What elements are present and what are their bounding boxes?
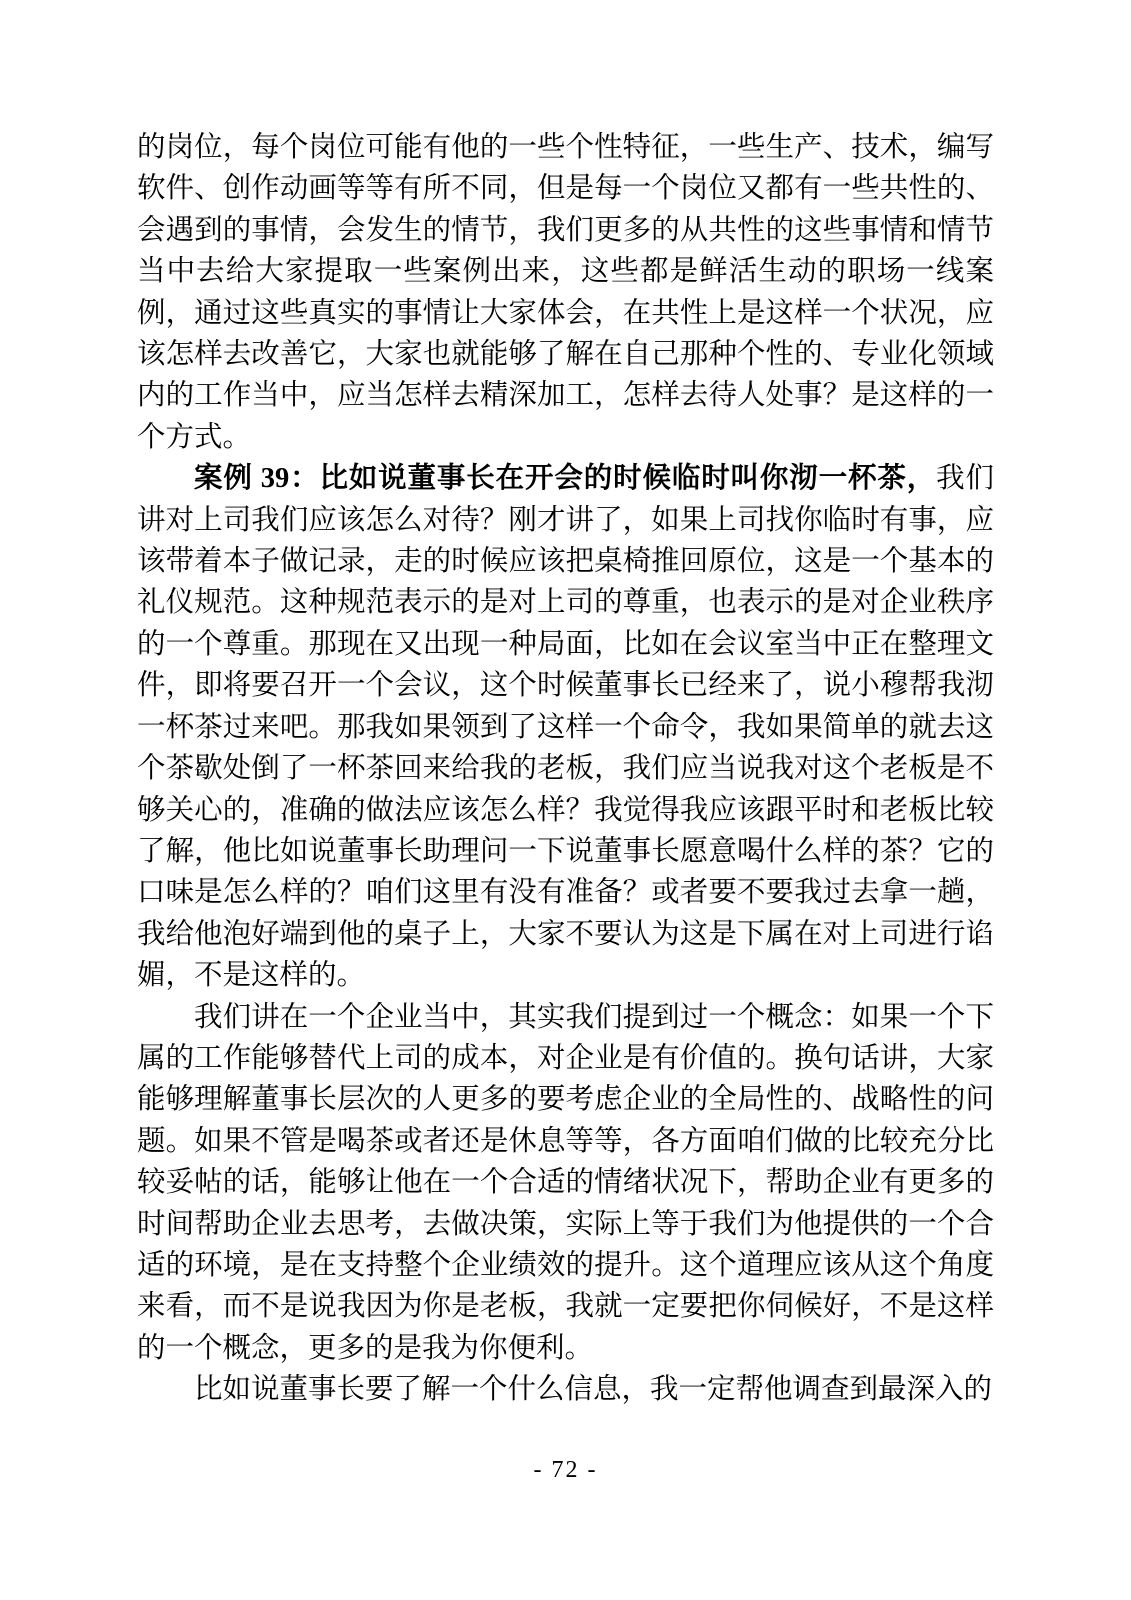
paragraph-continuation: 的岗位，每个岗位可能有他的一些个性特征，一些生产、技术，编写软件、创作动画等等有…	[137, 127, 994, 458]
text-body: 的岗位，每个岗位可能有他的一些个性特征，一些生产、技术，编写软件、创作动画等等有…	[137, 127, 994, 1411]
paragraph-concept: 我们讲在一个企业当中，其实我们提到过一个概念：如果一个下属的工作能够替代上司的成…	[137, 997, 994, 1370]
case-39-bold-lead: 案例 39：比如说董事长在开会的时候临时叫你沏一杯茶，	[194, 463, 936, 494]
paragraph-last-partial: 比如说董事长要了解一个什么信息，我一定帮他调查到最深入的	[137, 1369, 994, 1410]
document-page: 的岗位，每个岗位可能有他的一些个性特征，一些生产、技术，编写软件、创作动画等等有…	[0, 0, 1131, 1600]
paragraph-case-39: 案例 39：比如说董事长在开会的时候临时叫你沏一杯茶，我们讲对上司我们应该怎么对…	[137, 458, 994, 996]
case-39-body-text: 我们讲对上司我们应该怎么对待？刚才讲了，如果上司找你临时有事，应该带着本子做记录…	[137, 463, 994, 991]
page-number: - 72 -	[534, 1457, 598, 1483]
page-footer: - 72 -	[0, 1452, 1131, 1488]
